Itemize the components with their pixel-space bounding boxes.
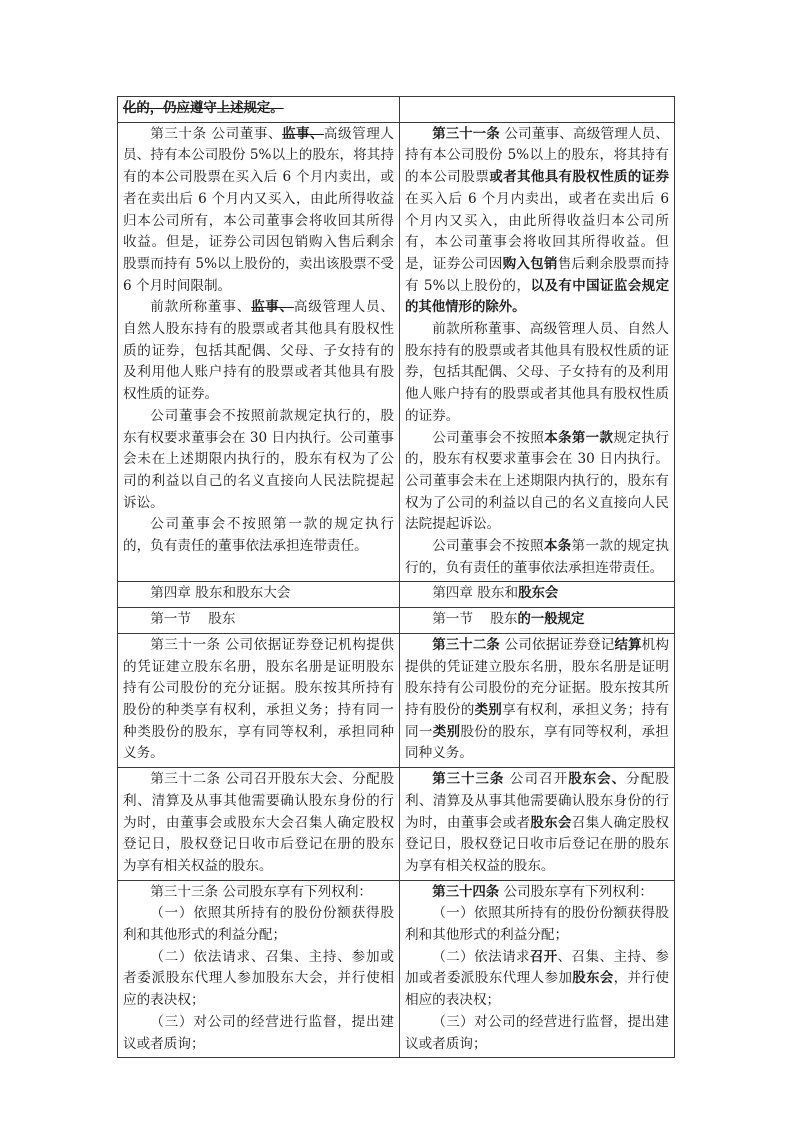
table-row-chapter: 第四章 股东和股东大会 第四章 股东和股东会 <box>118 582 675 608</box>
table-row-article-30: 第三十条 公司董事、监事、高级管理人员、持有本公司股份 5%以上的股东，将其持有… <box>118 122 675 582</box>
chapter-heading: 第四章 股东和股东会 <box>405 583 669 605</box>
deleted-text: 监事、 <box>251 300 294 315</box>
section-heading: 第一节 股东的一般规定 <box>405 609 669 631</box>
inserted-text: 购入包销 <box>503 257 558 272</box>
table-row-article-31: 第三十一条 公司依据证券登记机构提供的凭证建立股东名册，股东名册是证明股东持有公… <box>118 633 675 767</box>
cell-revised: 第一节 股东的一般规定 <box>400 608 675 634</box>
cell-revised: 第三十二条 公司依据证券登记结算机构提供的凭证建立股东名册，股东名册是证明股东持… <box>400 633 675 767</box>
paragraph: （一）依照其所持有的股份份额获得股利和其他形式的利益分配； <box>123 903 394 946</box>
document-page: 化的，仍应遵守上述规定。 第三十条 公司董事、监事、高级管理人员、持有本公司股份… <box>117 96 674 1058</box>
paragraph: （一）依照其所持有的股份份额获得股利和其他形式的利益分配； <box>405 903 669 946</box>
paragraph: 前款所称董事、高级管理人员、自然人股东持有的股票或者其他具有股权性质的证券，包括… <box>405 319 669 428</box>
paragraph: 第三十二条 公司召开股东大会、分配股利、清算及从事其他需要确认股东身份的行为时，… <box>123 769 394 878</box>
table-row-article-32: 第三十二条 公司召开股东大会、分配股利、清算及从事其他需要确认股东身份的行为时，… <box>118 768 675 881</box>
inserted-text: 股东会、 <box>568 772 626 787</box>
paragraph: 公司董事会不按照第一款的规定执行的，负有责任的董事依法承担连带责任。 <box>123 514 394 557</box>
section-heading: 第一节 股东 <box>123 609 394 631</box>
inserted-text: 本条第一款 <box>544 431 613 446</box>
paragraph: 第三十三条 公司股东享有下列权利： <box>123 882 394 904</box>
cell-revised: 第三十四条 公司股东享有下列权利： （一）依照其所持有的股份份额获得股利和其他形… <box>400 880 675 1058</box>
article-number: 第三十三条 <box>432 772 504 787</box>
cell-revised: 第三十一条 公司董事、高级管理人员、持有本公司股份 5%以上的股东，将其持有的本… <box>400 122 675 582</box>
paragraph: 第三十一条 公司董事、高级管理人员、持有本公司股份 5%以上的股东，将其持有的本… <box>405 124 669 319</box>
cell-original: 第三十三条 公司股东享有下列权利： （一）依照其所持有的股份份额获得股利和其他形… <box>118 880 400 1058</box>
inserted-text: 类别 <box>433 725 460 740</box>
article-number: 第三十二条 <box>432 638 500 653</box>
inserted-text: 或者其他具有股权性质的证券 <box>489 170 669 185</box>
article-number: 第三十四条 <box>432 885 499 900</box>
inserted-text: 股东会 <box>518 586 558 601</box>
table-row-section: 第一节 股东 第一节 股东的一般规定 <box>118 608 675 634</box>
cell-original: 化的，仍应遵守上述规定。 <box>118 97 400 123</box>
paragraph: （二）依法请求召开、召集、主持、参加或者委派股东代理人参加股东会，并行使相应的表… <box>405 947 669 1012</box>
cell-revised: 第四章 股东和股东会 <box>400 582 675 608</box>
inserted-text: 本条 <box>544 539 572 554</box>
paragraph: 公司董事会不按照本条第一款的规定执行的，负有责任的董事依法承担连带责任。 <box>405 536 669 579</box>
paragraph: 前款所称董事、监事、高级管理人员、自然人股东持有的股票或者其他具有股权性质的证券… <box>123 297 394 406</box>
paragraph: （三）对公司的经营进行监督，提出建议或者质询； <box>405 1012 669 1055</box>
inserted-text: 股东会 <box>572 971 613 986</box>
inserted-text: 类别 <box>475 703 502 718</box>
inserted-text: 股东会 <box>531 816 572 831</box>
comparison-table: 化的，仍应遵守上述规定。 第三十条 公司董事、监事、高级管理人员、持有本公司股份… <box>117 96 675 1058</box>
article-number: 第三十一条 <box>432 127 500 142</box>
cell-original: 第一节 股东 <box>118 608 400 634</box>
inserted-text: 结算 <box>615 638 642 653</box>
paragraph: 第三十二条 公司依据证券登记结算机构提供的凭证建立股东名册，股东名册是证明股东持… <box>405 635 669 765</box>
paragraph: 第三十四条 公司股东享有下列权利： <box>405 882 669 904</box>
paragraph: 公司董事会不按照前款规定执行的，股东有权要求董事会在 30 日内执行。公司董事会… <box>123 406 394 515</box>
table-row-article-33: 第三十三条 公司股东享有下列权利： （一）依照其所持有的股份份额获得股利和其他形… <box>118 880 675 1058</box>
table-row-continuation: 化的，仍应遵守上述规定。 <box>118 97 675 123</box>
cell-original: 第四章 股东和股东大会 <box>118 582 400 608</box>
deleted-text: 监事、 <box>282 127 324 142</box>
cell-original: 第三十条 公司董事、监事、高级管理人员、持有本公司股份 5%以上的股东，将其持有… <box>118 122 400 582</box>
cell-original: 第三十一条 公司依据证券登记机构提供的凭证建立股东名册，股东名册是证明股东持有公… <box>118 633 400 767</box>
paragraph: 第三十条 公司董事、监事、高级管理人员、持有本公司股份 5%以上的股东，将其持有… <box>123 124 394 298</box>
inserted-text: 召开 <box>530 950 558 965</box>
cell-original: 第三十二条 公司召开股东大会、分配股利、清算及从事其他需要确认股东身份的行为时，… <box>118 768 400 881</box>
paragraph: （三）对公司的经营进行监督，提出建议或者质询； <box>123 1012 394 1055</box>
chapter-heading: 第四章 股东和股东大会 <box>123 583 394 605</box>
paragraph: （二）依法请求、召集、主持、参加或者委派股东代理人参加股东大会，并行使相应的表决… <box>123 947 394 1012</box>
paragraph: 第三十一条 公司依据证券登记机构提供的凭证建立股东名册，股东名册是证明股东持有公… <box>123 635 394 765</box>
cell-revised: 第三十三条 公司召开股东会、分配股利、清算及从事其他需要确认股东身份的行为时，由… <box>400 768 675 881</box>
inserted-text: 的一般规定 <box>517 612 584 627</box>
paragraph: 第三十三条 公司召开股东会、分配股利、清算及从事其他需要确认股东身份的行为时，由… <box>405 769 669 878</box>
deleted-text: 化的，仍应遵守上述规定。 <box>123 101 284 116</box>
cell-revised <box>400 97 675 123</box>
paragraph: 公司董事会不按照本条第一款规定执行的，股东有权要求董事会在 30 日内执行。公司… <box>405 428 669 537</box>
